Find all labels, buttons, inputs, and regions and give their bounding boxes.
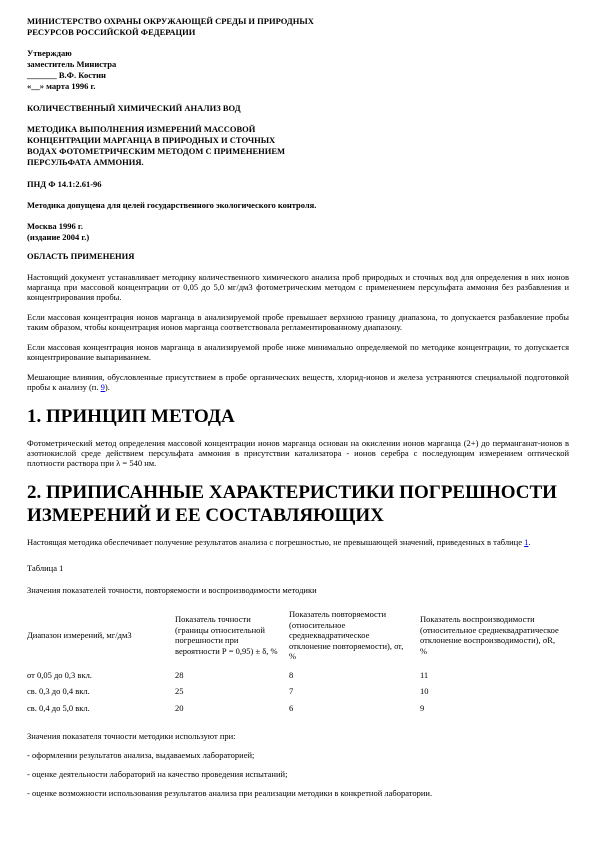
approval-signature-line: _______ В.Ф. Костин bbox=[27, 70, 569, 81]
table-row: от 0,05 до 0,3 вкл. 28 8 11 bbox=[27, 670, 569, 687]
scope-paragraph-4-tail: ). bbox=[105, 382, 110, 392]
usage-item-3: - оценке возможности использования резул… bbox=[27, 788, 569, 798]
edition-note: (издание 2004 г.) bbox=[27, 232, 569, 243]
approval-block: Утверждаю заместитель Министра _______ В… bbox=[27, 48, 569, 92]
table-header-repeatability: Показатель повторяемости (относительное … bbox=[289, 609, 420, 670]
section-1-heading: 1. ПРИНЦИП МЕТОДА bbox=[27, 405, 569, 428]
scope-paragraph-3: Если массовая концентрация ионов марганц… bbox=[27, 342, 569, 362]
table-label: Таблица 1 bbox=[27, 563, 569, 573]
approval-date-line: «__» марта 1996 г. bbox=[27, 81, 569, 92]
table-cell-range: св. 0,3 до 0,4 вкл. bbox=[27, 686, 175, 703]
doc-type-heading: КОЛИЧЕСТВЕННЫЙ ХИМИЧЕСКИЙ АНАЛИЗ ВОД bbox=[27, 103, 569, 114]
table-cell-reproducibility: 9 bbox=[420, 703, 569, 720]
document-page: МИНИСТЕРСТВО ОХРАНЫ ОКРУЖАЮЩЕЙ СРЕДЫ И П… bbox=[0, 0, 595, 842]
city-year-block: Москва 1996 г. (издание 2004 г.) bbox=[27, 221, 569, 243]
accuracy-table: Диапазон измерений, мг/дм3 Показатель то… bbox=[27, 609, 569, 719]
table-header-reproducibility: Показатель воспроизводимости (относитель… bbox=[420, 609, 569, 670]
scope-paragraph-4: Мешающие влияния, обусловленные присутст… bbox=[27, 372, 569, 392]
section-1-paragraph: Фотометрический метод определения массов… bbox=[27, 438, 569, 468]
table-row: св. 0,3 до 0,4 вкл. 25 7 10 bbox=[27, 686, 569, 703]
table-header-accuracy: Показатель точности (границы относительн… bbox=[175, 609, 289, 670]
table-header-row: Диапазон измерений, мг/дм3 Показатель то… bbox=[27, 609, 569, 670]
scope-paragraph-1: Настоящий документ устанавливает методик… bbox=[27, 272, 569, 302]
section-2-paragraph-tail: . bbox=[528, 537, 530, 547]
scope-heading: ОБЛАСТЬ ПРИМЕНЕНИЯ bbox=[27, 251, 569, 262]
table-cell-accuracy: 20 bbox=[175, 703, 289, 720]
table-cell-range: св. 0,4 до 5,0 вкл. bbox=[27, 703, 175, 720]
usage-item-1: - оформлении результатов анализа, выдава… bbox=[27, 750, 569, 760]
section-2-heading: 2. ПРИПИСАННЫЕ ХАРАКТЕРИСТИКИ ПОГРЕШНОСТ… bbox=[27, 481, 569, 527]
table-cell-range: от 0,05 до 0,3 вкл. bbox=[27, 670, 175, 687]
table-cell-reproducibility: 10 bbox=[420, 686, 569, 703]
table-cell-accuracy: 25 bbox=[175, 686, 289, 703]
doc-number: ПНД Ф 14.1:2.61-96 bbox=[27, 179, 569, 190]
table-cell-accuracy: 28 bbox=[175, 670, 289, 687]
table-cell-reproducibility: 11 bbox=[420, 670, 569, 687]
usage-item-2: - оценке деятельности лабораторий на кач… bbox=[27, 769, 569, 779]
table-row: св. 0,4 до 5,0 вкл. 20 6 9 bbox=[27, 703, 569, 720]
approval-line-approved: Утверждаю bbox=[27, 48, 569, 59]
approval-note: Методика допущена для целей государствен… bbox=[27, 200, 569, 211]
approval-line-position: заместитель Министра bbox=[27, 59, 569, 70]
table-caption: Значения показателей точности, повторяем… bbox=[27, 585, 569, 595]
ministry-header: МИНИСТЕРСТВО ОХРАНЫ ОКРУЖАЮЩЕЙ СРЕДЫ И П… bbox=[27, 16, 357, 38]
table-cell-repeatability: 8 bbox=[289, 670, 420, 687]
scope-paragraph-2: Если массовая концентрация ионов марганц… bbox=[27, 312, 569, 332]
city-year: Москва 1996 г. bbox=[27, 221, 569, 232]
doc-title: МЕТОДИКА ВЫПОЛНЕНИЯ ИЗМЕРЕНИЙ МАССОВОЙ К… bbox=[27, 124, 289, 168]
table-cell-repeatability: 6 bbox=[289, 703, 420, 720]
table-cell-repeatability: 7 bbox=[289, 686, 420, 703]
table-header-range: Диапазон измерений, мг/дм3 bbox=[27, 609, 175, 670]
section-2-paragraph-text: Настоящая методика обеспечивает получени… bbox=[27, 537, 524, 547]
section-2-paragraph: Настоящая методика обеспечивает получени… bbox=[27, 537, 569, 547]
usage-intro: Значения показателя точности методики ис… bbox=[27, 731, 569, 741]
